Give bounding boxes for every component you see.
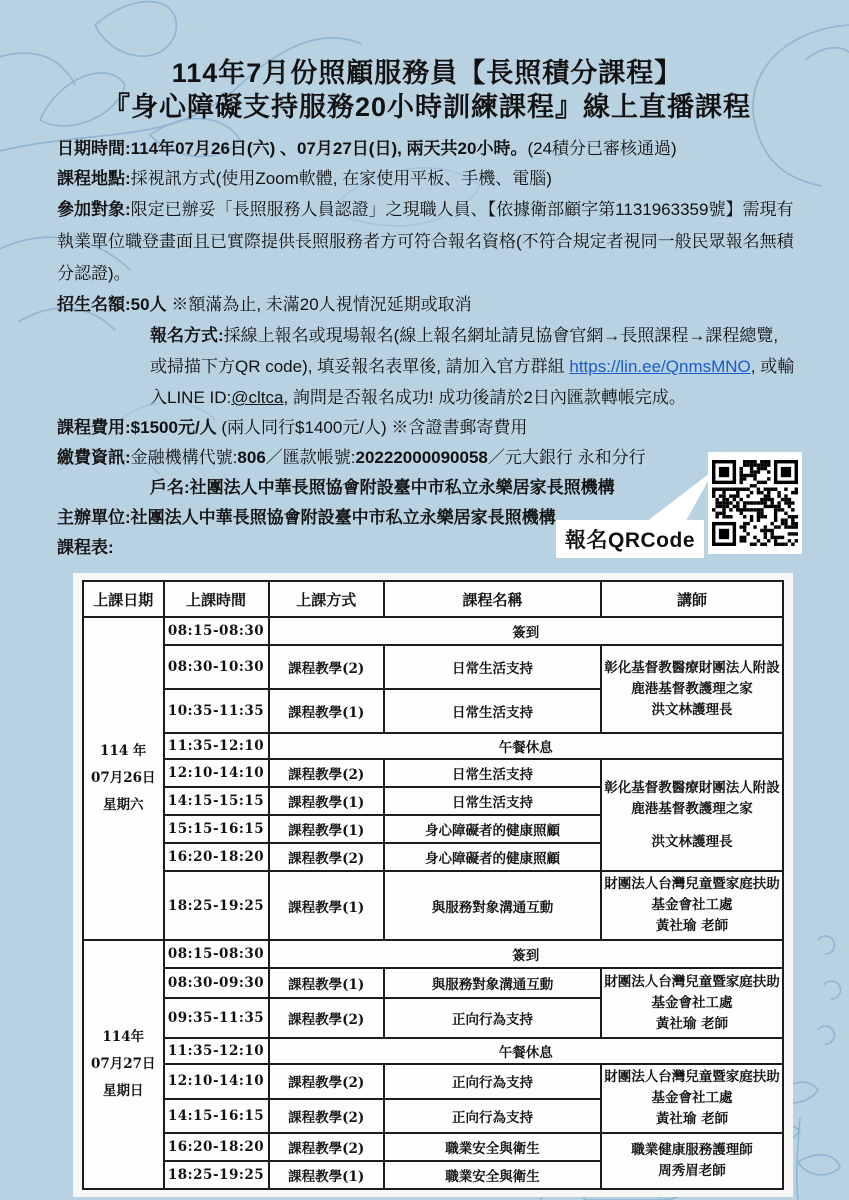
schedule-cell-time: 11:35-12:10	[164, 733, 269, 759]
bank-code: 806	[237, 448, 265, 467]
audience-label: 參加對象:	[57, 200, 131, 219]
schedule-cell-method: 課程教學(2)	[269, 759, 385, 787]
schedule-cell-course: 職業安全與衛生	[384, 1133, 601, 1161]
quota-line: 招生名額:50人 ※額滿為止, 未滿20人視情況延期或取消	[57, 290, 797, 320]
registration-text-3: , 詢問是否報名成功! 成功後請於2日內匯款轉帳完成。	[283, 388, 685, 407]
qr-callout-label: 報名QRCode	[556, 520, 704, 558]
schedule-cell-time: 12:10-14:10	[164, 759, 269, 787]
fee-line: 課程費用:$1500元/人 (兩人同行$1400元/人) ※含證書郵寄費用	[57, 413, 797, 443]
table-row: 114 年 07月26日 星期六 08:15-08:30 簽到	[83, 617, 783, 645]
schedule-cell-method: 課程教學(2)	[269, 1133, 385, 1161]
date-cell-day2: 114年 07月27日 星期日	[83, 940, 164, 1189]
audience-value: 限定已辦妥「長照服務人員認證」之現職人員、【依據衛部顧字第1131963359號…	[57, 200, 794, 283]
qr-code-box	[708, 452, 802, 554]
payment-text-2: ／匯款帳號:	[266, 448, 356, 467]
schedule-cell-span: 簽到	[269, 940, 784, 968]
account-name-label: 戶名:	[150, 478, 190, 497]
schedule-table-panel: 上課日期 上課時間 上課方式 課程名稱 講師 114 年 07月26日 星期六 …	[73, 573, 793, 1197]
page-title: 114年7月份照顧服務員【長照積分課程】 『身心障礙支持服務20小時訓練課程』線…	[57, 56, 797, 124]
schedule-cell-method: 課程教學(1)	[269, 815, 385, 843]
schedule-cell-time: 08:30-10:30	[164, 645, 269, 689]
line-id: @cltca	[231, 388, 283, 407]
audience-line: 參加對象:限定已辦妥「長照服務人員認證」之現職人員、【依據衛部顧字第113196…	[57, 194, 797, 290]
schedule-cell-instructor: 財團法人台灣兒童暨家庭扶助 基金會社工處 黃社瑜 老師	[601, 968, 783, 1038]
schedule-cell-method: 課程教學(1)	[269, 968, 385, 998]
table-row: 12:10-14:10 課程教學(2) 正向行為支持 財團法人台灣兒童暨家庭扶助…	[83, 1064, 783, 1099]
schedule-cell-span: 午餐休息	[269, 1038, 784, 1064]
schedule-cell-course: 正向行為支持	[384, 998, 601, 1038]
schedule-cell-method: 課程教學(2)	[269, 998, 385, 1038]
schedule-cell-method: 課程教學(1)	[269, 1161, 385, 1189]
schedule-cell-course: 正向行為支持	[384, 1099, 601, 1134]
table-row: 11:35-12:10 午餐休息	[83, 1038, 783, 1064]
table-row: 11:35-12:10 午餐休息	[83, 733, 783, 759]
payment-text-3: ／元大銀行 永和分行	[488, 448, 646, 467]
schedule-cell-method: 課程教學(2)	[269, 645, 385, 689]
schedule-cell-time: 16:20-18:20	[164, 1133, 269, 1161]
table-row: 114年 07月27日 星期日 08:15-08:30 簽到	[83, 940, 783, 968]
registration-label: 報名方式:	[150, 326, 224, 345]
schedule-cell-time: 18:25-19:25	[164, 1161, 269, 1189]
schedule-cell-time: 18:25-19:25	[164, 871, 269, 940]
flyer-page: 114年7月份照顧服務員【長照積分課程】 『身心障礙支持服務20小時訓練課程』線…	[0, 0, 849, 1200]
table-header-row: 上課日期 上課時間 上課方式 課程名稱 講師	[83, 581, 783, 617]
organizer-value: 社團法人中華長照協會附設臺中市私立永樂居家長照機構	[131, 508, 556, 527]
schedule-cell-method: 課程教學(1)	[269, 689, 385, 733]
datetime-line: 日期時間:114年07月26日(六) 、07月27日(日), 兩天共20小時。(…	[57, 134, 797, 164]
quota-note: ※額滿為止, 未滿20人視情況延期或取消	[167, 295, 472, 314]
header-instructor: 講師	[601, 581, 783, 617]
schedule-cell-method: 課程教學(2)	[269, 1099, 385, 1134]
schedule-cell-time: 08:30-09:30	[164, 968, 269, 998]
location-line: 課程地點:採視訊方式(使用Zoom軟體, 在家使用平板、手機、電腦)	[57, 164, 797, 194]
schedule-cell-time: 14:15-15:15	[164, 787, 269, 815]
page-title-line2: 『身心障礙支持服務20小時訓練課程』線上直播課程	[57, 90, 797, 124]
schedule-cell-course: 日常生活支持	[384, 759, 601, 787]
schedule-cell-time: 09:35-11:35	[164, 998, 269, 1038]
schedule-cell-instructor: 財團法人台灣兒童暨家庭扶助 基金會社工處 黃社瑜 老師	[601, 871, 783, 940]
quota-count: 50人	[131, 295, 167, 314]
schedule-cell-course: 身心障礙者的健康照顧	[384, 843, 601, 871]
header-method: 上課方式	[269, 581, 385, 617]
fee-amount: $1500元/人	[131, 418, 217, 437]
schedule-cell-course: 日常生活支持	[384, 787, 601, 815]
schedule-cell-time: 11:35-12:10	[164, 1038, 269, 1064]
schedule-cell-course: 日常生活支持	[384, 689, 601, 733]
datetime-note: (24積分已審核通過)	[527, 139, 676, 158]
flyer-content: 114年7月份照顧服務員【長照積分課程】 『身心障礙支持服務20小時訓練課程』線…	[0, 0, 849, 1197]
schedule-cell-method: 課程教學(1)	[269, 787, 385, 815]
schedule-cell-time: 15:15-16:15	[164, 815, 269, 843]
schedule-cell-method: 課程教學(2)	[269, 1064, 385, 1099]
schedule-table: 上課日期 上課時間 上課方式 課程名稱 講師 114 年 07月26日 星期六 …	[82, 580, 784, 1190]
table-row: 12:10-14:10 課程教學(2) 日常生活支持 彰化基督教醫療財團法人附設…	[83, 759, 783, 787]
date-cell-day1: 114 年 07月26日 星期六	[83, 617, 164, 940]
page-title-line1: 114年7月份照顧服務員【長照積分課程】	[57, 56, 797, 90]
header-course: 課程名稱	[384, 581, 601, 617]
payment-line: 繳費資訊:金融機構代號:806／匯款帳號:20222000090058／元大銀行…	[57, 443, 797, 473]
line-group-link[interactable]: https://lin.ee/QnmsMNO	[569, 357, 750, 376]
qr-code	[712, 456, 798, 550]
quota-label: 招生名額:	[57, 295, 131, 314]
schedule-cell-span: 簽到	[269, 617, 784, 645]
schedule-cell-course: 職業安全與衛生	[384, 1161, 601, 1189]
datetime-label: 日期時間:	[57, 139, 131, 158]
schedule-cell-instructor: 職業健康服務護理師 周秀眉老師	[601, 1133, 783, 1189]
schedule-cell-method: 課程教學(2)	[269, 843, 385, 871]
registration-block: 報名方式:採線上報名或現場報名(線上報名網址請見協會官網→長照課程→課程總覽, …	[150, 320, 797, 413]
organizer-label: 主辦單位:	[57, 508, 131, 527]
schedule-cell-time: 08:15-08:30	[164, 617, 269, 645]
schedule-cell-method: 課程教學(1)	[269, 871, 385, 940]
schedule-cell-instructor: 彰化基督教醫療財團法人附設 鹿港基督教護理之家 洪文林護理長	[601, 759, 783, 871]
account-name-value: 社團法人中華長照協會附設臺中市私立永樂居家長照機構	[190, 478, 615, 497]
table-row: 18:25-19:25 課程教學(1) 與服務對象溝通互動 財團法人台灣兒童暨家…	[83, 871, 783, 940]
schedule-cell-course: 日常生活支持	[384, 645, 601, 689]
schedule-cell-course: 與服務對象溝通互動	[384, 871, 601, 940]
table-row: 08:30-10:30 課程教學(2) 日常生活支持 彰化基督教醫療財團法人附設…	[83, 645, 783, 689]
schedule-cell-course: 與服務對象溝通互動	[384, 968, 601, 998]
schedule-cell-instructor: 彰化基督教醫療財團法人附設 鹿港基督教護理之家 洪文林護理長	[601, 645, 783, 733]
schedule-cell-time: 16:20-18:20	[164, 843, 269, 871]
schedule-cell-time: 10:35-11:35	[164, 689, 269, 733]
schedule-cell-span: 午餐休息	[269, 733, 784, 759]
schedule-cell-course: 正向行為支持	[384, 1064, 601, 1099]
header-time: 上課時間	[164, 581, 269, 617]
location-value: 採視訊方式(使用Zoom軟體, 在家使用平板、手機、電腦)	[131, 169, 552, 188]
schedule-cell-time: 14:15-16:15	[164, 1099, 269, 1134]
table-row: 16:20-18:20 課程教學(2) 職業安全與衛生 職業健康服務護理師 周秀…	[83, 1133, 783, 1161]
header-date: 上課日期	[83, 581, 164, 617]
account-number: 20222000090058	[356, 448, 488, 467]
payment-text-1: 金融機構代號:	[131, 448, 238, 467]
table-row: 08:30-09:30 課程教學(1) 與服務對象溝通互動 財團法人台灣兒童暨家…	[83, 968, 783, 998]
fee-label: 課程費用:	[57, 418, 131, 437]
fee-note: (兩人同行$1400元/人) ※含證書郵寄費用	[217, 418, 528, 437]
schedule-cell-course: 身心障礙者的健康照顧	[384, 815, 601, 843]
location-label: 課程地點:	[57, 169, 131, 188]
schedule-cell-instructor: 財團法人台灣兒童暨家庭扶助 基金會社工處 黃社瑜 老師	[601, 1064, 783, 1133]
payment-label: 繳費資訊:	[57, 448, 131, 467]
schedule-cell-time: 12:10-14:10	[164, 1064, 269, 1099]
schedule-cell-time: 08:15-08:30	[164, 940, 269, 968]
datetime-value: 114年07月26日(六) 、07月27日(日), 兩天共20小時。	[131, 139, 528, 158]
